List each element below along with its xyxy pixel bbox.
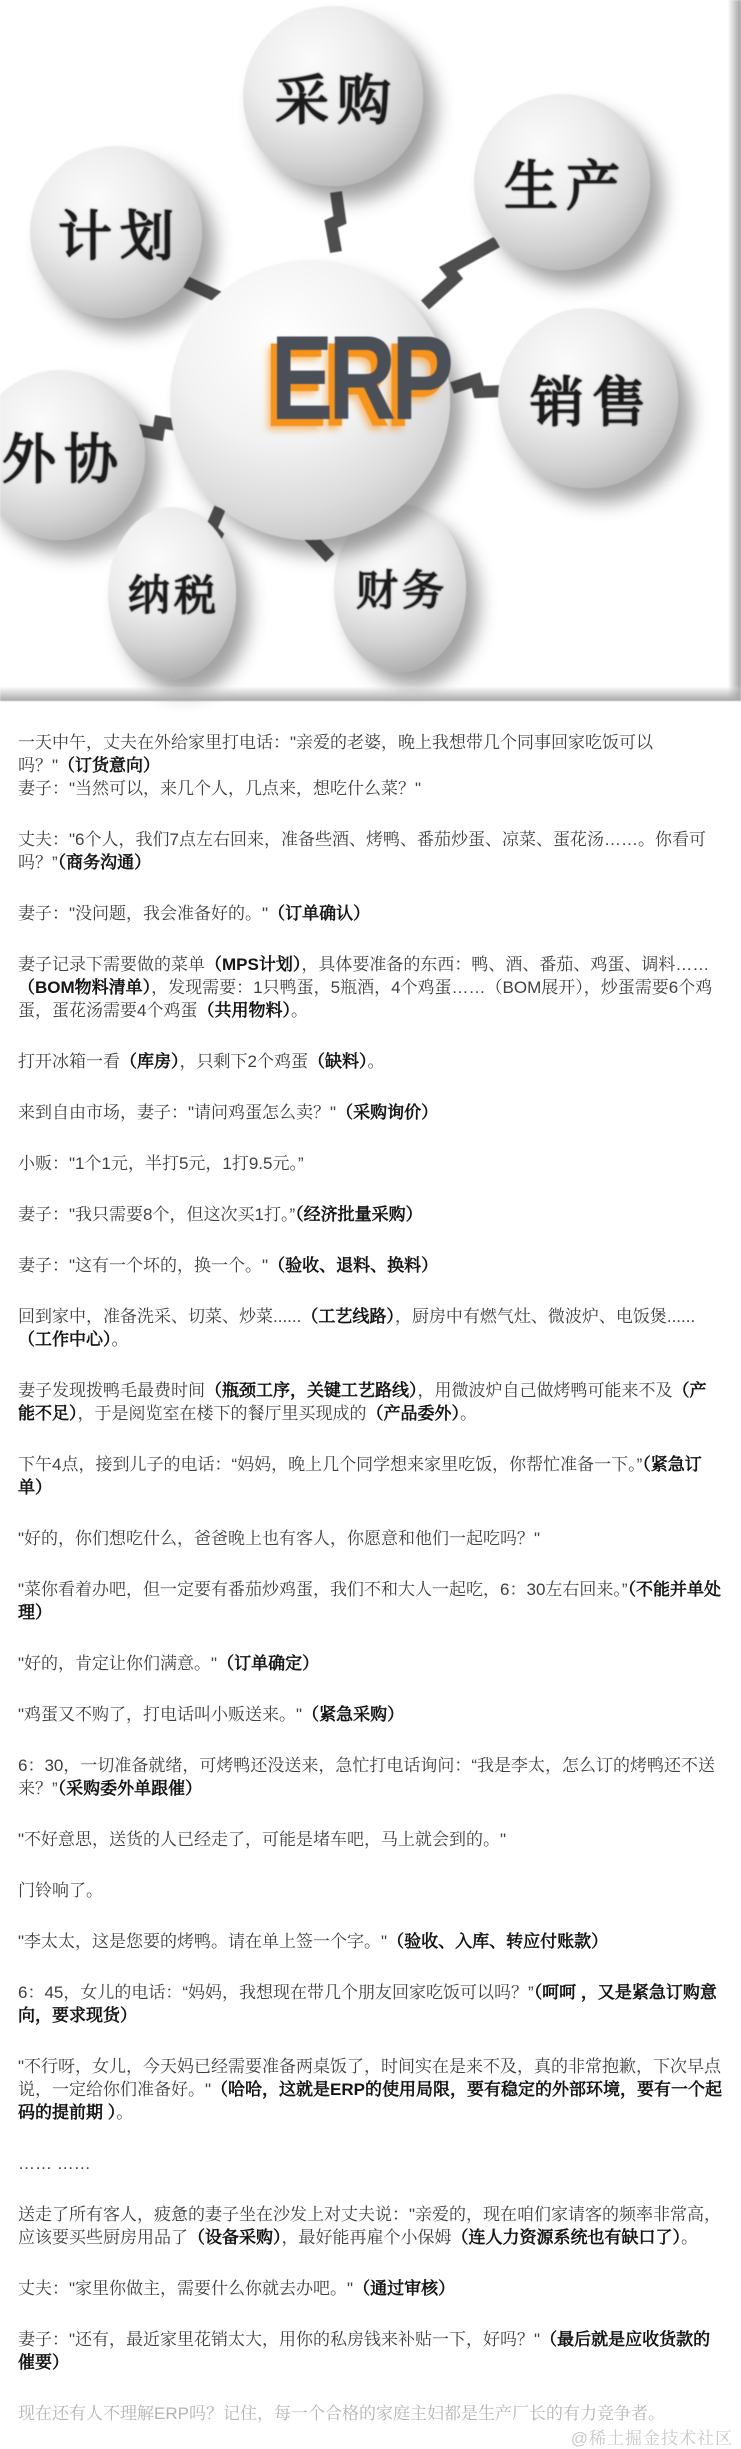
erp-term: （连人力资源系统也有缺口了） [452,2228,682,2247]
story-text: 打开冰箱一看 [18,1052,120,1071]
erp-term: （采购询价） [336,1103,438,1122]
story-text: 下午4点，接到儿子的电话：“妈妈，晚上几个同学想来家里吃饭，你帮忙准备一下。” [18,1455,642,1474]
story-text: 。 [112,1330,129,1349]
node-label: 生产 [504,144,628,221]
story-text: ，最好能再雇个小保姆 [282,2228,452,2247]
story-paragraph: 小贩："1个1元，半打5元，1打9.5元。” [18,1152,723,1175]
story-paragraph: …… …… [18,2152,723,2175]
story-text: 来到自由市场，妻子："请问鸡蛋怎么卖？" [18,1103,336,1122]
erp-term: （验收、入库、转应付账款） [387,1932,608,1951]
story-text: 妻子："我只需要8个，但这次买1打。” [18,1205,295,1224]
erp-term: （工艺线路） [301,1307,395,1326]
story-paragraph: 一天中午，丈夫在外给家里打电话："亲爱的老婆，晚上我想带几个同事回家吃饭可以吗？… [18,731,723,777]
story-text: ，只剩下2个鸡蛋 [180,1052,308,1071]
story-paragraph: 丈夫："6个人，我们7点左右回来，准备些酒、烤鸭、番茄炒蛋、凉菜、蛋花汤……。你… [18,828,723,874]
node-procurement: 采购 [243,6,423,186]
story-paragraph: 回到家中，准备洗采、切菜、炒菜......（工艺线路），厨房中有燃气灶、微波炉、… [18,1305,723,1351]
erp-term: （订单确认） [268,904,370,923]
node-label: 纳税 [128,563,220,623]
erp-term: （采购委外单跟催） [58,1779,203,1798]
story-text: 。 [681,2228,698,2247]
story-text: 小贩："1个1元，半打5元，1打9.5元。” [18,1154,304,1173]
story-text: 。 [367,1052,384,1071]
story-paragraph: "不好意思，送货的人已经走了，可能是堵车吧，马上就会到的。" [18,1828,723,1851]
story-text: ，厨房中有燃气灶、微波炉、电饭煲...... [395,1307,695,1326]
story-paragraph: 门铃响了。 [18,1879,723,1902]
watermark: @稀土掘金技术社区 [571,2424,733,2449]
story-paragraph: 妻子："还有，最近家里花销太大，用你的私房钱来补贴一下，好吗？"（最后就是应收货… [18,2328,723,2374]
node-label: 采购 [275,58,399,135]
node-label: 计划 [58,194,182,271]
story-text: 。 [116,2103,133,2122]
erp-term: （订单确定） [217,1654,319,1673]
story-text: 丈夫："家里你做主，需要什么你就去办吧。" [18,2279,353,2298]
story-text: 。 [291,1001,308,1020]
story-text: …… …… [18,2154,91,2173]
story-paragraph: 妻子发现拨鸭毛最费时间（瓶颈工序，关键工艺路线），用微波炉自己做烤鸭可能来不及（… [18,1379,723,1425]
story-text: 妻子发现拨鸭毛最费时间 [18,1381,205,1400]
story-text: ，用微波炉自己做烤鸭可能来不及 [418,1381,673,1400]
story-text: 门铃响了。 [18,1881,103,1900]
node-label: 销售 [530,360,654,437]
story-text: 妻子："还有，最近家里花销太大，用你的私房钱来补贴一下，好吗？" [18,2330,540,2349]
erp-term: （MPS计划） [205,955,301,974]
erp-term: （缺料） [308,1052,368,1071]
story-paragraph: 打开冰箱一看（库房），只剩下2个鸡蛋（缺料）。 [18,1050,723,1073]
node-label: 财务 [356,558,448,618]
erp-term: （库房） [120,1052,180,1071]
story-text: 现在还有人不理解ERP吗？记住，每一个合格的家庭主妇都是生产厂长的有力竞争者。 [18,2404,665,2423]
erp-term: （商务沟通） [58,853,152,872]
erp-diagram: 采购 生产 计划 销售 外协 纳税 财务 ERP [0,0,741,715]
story-paragraph: 妻子记录下需要做的菜单（MPS计划），具体要准备的东西：鸭、酒、番茄、鸡蛋、调料… [18,953,723,1022]
erp-term: （BOM物料清单） [18,978,151,997]
story-text: ，于是阅览室在楼下的餐厅里买现成的 [78,1404,367,1423]
erp-term: （工作中心） [18,1330,112,1349]
story-text: 。 [460,1404,477,1423]
erp-term: （瓶颈工序，关键工艺路线） [205,1381,418,1400]
story-text: "菜你看着办吧，但一定要有番茄炒鸡蛋，我们不和大人一起吃，6：30左右回来。” [18,1580,628,1599]
story-paragraph: 现在还有人不理解ERP吗？记住，每一个合格的家庭主妇都是生产厂长的有力竞争者。 [18,2402,723,2425]
story-text: ，具体要准备的东西：鸭、酒、番茄、鸡蛋、调料…… [301,955,709,974]
node-sales: 销售 [498,308,678,488]
story-text: 回到家中，准备洗采、切菜、炒菜...... [18,1307,301,1326]
story-paragraph: 下午4点，接到儿子的电话：“妈妈，晚上几个同学想来家里吃饭，你帮忙准备一下。”（… [18,1453,723,1499]
story-text: "不好意思，送货的人已经走了，可能是堵车吧，马上就会到的。" [18,1830,506,1849]
story-paragraph: 妻子："我只需要8个，但这次买1打。”（经济批量采购） [18,1203,723,1226]
story-paragraph: "不行呀，女儿，今天妈已经需要准备两桌饭了，时间实在是来不及，真的非常抱歉，下次… [18,2055,723,2124]
story-text: "好的，你们想吃什么，爸爸晚上也有客人，你愿意和他们一起吃吗？" [18,1529,540,1548]
node-production: 生产 [474,94,650,270]
story-text: "鸡蛋又不购了，打电话叫小贩送来。" [18,1705,302,1724]
erp-term: （经济批量采购） [295,1205,423,1224]
story-paragraph: "李太太，这是您要的烤鸭。请在单上签一个字。"（验收、入库、转应付账款） [18,1930,723,1953]
story-text: "李太太，这是您要的烤鸭。请在单上签一个字。" [18,1932,387,1951]
erp-term: （验收、退料、换料） [268,1256,438,1275]
story-text: 妻子："当然可以，来几个人，几点来，想吃什么菜？" [18,779,421,798]
story-paragraph: 来到自由市场，妻子："请问鸡蛋怎么卖？"（采购询价） [18,1101,723,1124]
article: 一天中午，丈夫在外给家里打电话："亲爱的老婆，晚上我想带几个同事回家吃饭可以吗？… [0,715,741,2425]
story-text: 6：45，女儿的电话：“妈妈，我想现在带几个朋友回家吃饭可以吗？” [18,1983,534,2002]
story-paragraph: 6：45，女儿的电话：“妈妈，我想现在带几个朋友回家吃饭可以吗？”（呵呵 ，又是… [18,1981,723,2027]
story-text: 妻子："这有一个坏的，换一个。" [18,1256,268,1275]
erp-term: （产品委外） [367,1404,461,1423]
story-paragraph: 送走了所有客人，疲惫的妻子坐在沙发上对丈夫说："亲爱的，现在咱们家请客的频率非常… [18,2203,723,2249]
image-edge-shading-bottom [0,687,741,701]
story-text: 妻子记录下需要做的菜单 [18,955,205,974]
node-tax: 纳税 [108,507,236,679]
erp-term: （设备采购） [188,2228,282,2247]
node-planning: 计划 [30,146,202,318]
erp-term: （通过审核） [353,2279,455,2298]
story-paragraph: "鸡蛋又不购了，打电话叫小贩送来。"（紧急采购） [18,1703,723,1726]
erp-term: （订货意向） [58,756,160,775]
node-label: 外协 [2,417,126,494]
story-paragraph: 丈夫："家里你做主，需要什么你就去办吧。"（通过审核） [18,2277,723,2300]
story-paragraph: "好的，你们想吃什么，爸爸晚上也有客人，你愿意和他们一起吃吗？" [18,1527,723,1550]
story-paragraph: "好的，肯定让你们满意。"（订单确定） [18,1652,723,1675]
story-paragraph: 妻子："当然可以，来几个人，几点来，想吃什么菜？" [18,777,723,800]
story-text: 妻子："没问题，我会准备好的。" [18,904,268,923]
story-paragraph: 妻子："这有一个坏的，换一个。"（验收、退料、换料） [18,1254,723,1277]
erp-term: （共用物料） [197,1001,291,1020]
erp-term: （紧急采购） [302,1705,404,1724]
image-edge-shading-right [728,0,741,700]
page: { "diagram": { "center_label": "ERP", "c… [0,0,741,2449]
story-paragraph: 6：30，一切准备就绪，可烤鸭还没送来，急忙打电话询问：“我是李太，怎么订的烤鸭… [18,1754,723,1800]
story-text: "好的，肯定让你们满意。" [18,1654,217,1673]
erp-label: ERP [243,308,477,448]
story-paragraph: "菜你看着办吧，但一定要有番茄炒鸡蛋，我们不和大人一起吃，6：30左右回来。”（… [18,1578,723,1624]
story-paragraph: 妻子："没问题，我会准备好的。"（订单确认） [18,902,723,925]
